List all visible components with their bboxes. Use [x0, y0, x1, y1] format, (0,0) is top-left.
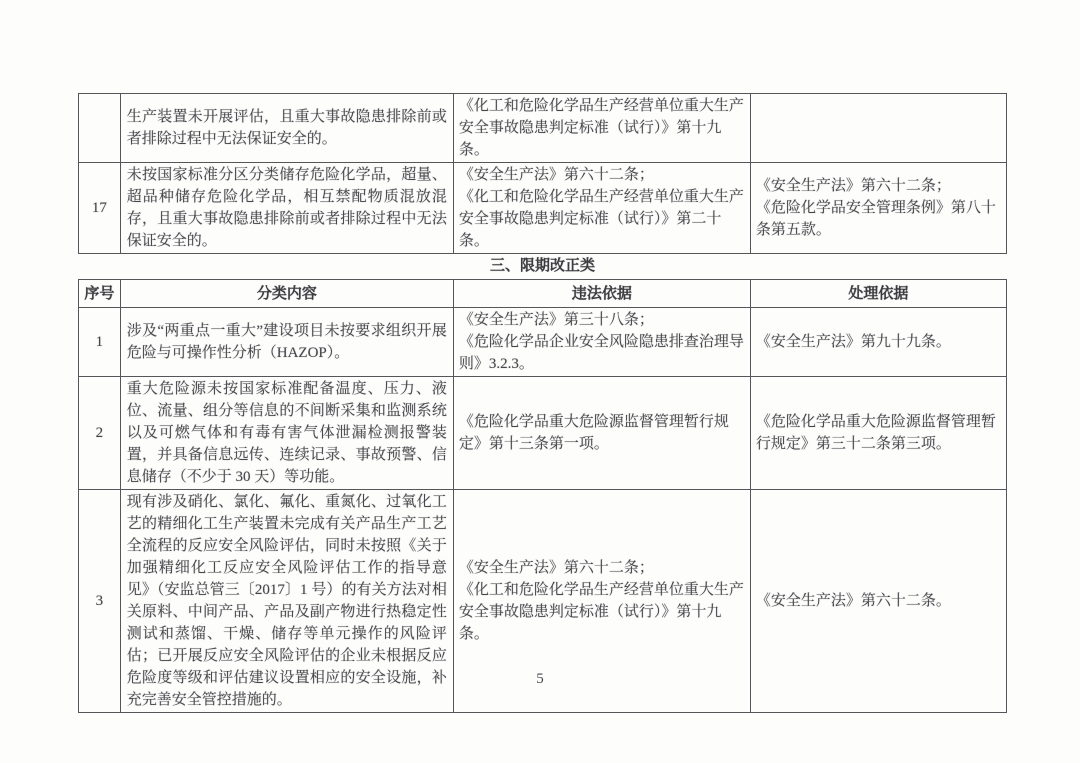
handling-basis-cell: 《安全生产法》第九十九条。 [750, 308, 1006, 377]
handling-basis-cell: 《安全生产法》第六十二条； 《危险化学品安全管理条例》第八十条第五款。 [750, 163, 1006, 254]
document-body: 生产装置未开展评估，且重大事故隐患排除前或者排除过程中无法保证安全的。 《化工和… [78, 93, 1007, 713]
continuation-table: 生产装置未开展评估，且重大事故隐患排除前或者排除过程中无法保证安全的。 《化工和… [78, 93, 1007, 254]
page-number: 5 [0, 671, 1080, 688]
table-row: 生产装置未开展评估，且重大事故隐患排除前或者排除过程中无法保证安全的。 《化工和… [79, 94, 1007, 163]
main-table: 序号 分类内容 违法依据 处理依据 1 涉及“两重点一重大”建设项目未按要求组织… [78, 279, 1007, 713]
content-cell: 重大危险源未按国家标准配备温度、压力、液位、流量、组分等信息的不间断采集和监测系… [120, 377, 453, 490]
seq-cell [79, 94, 121, 163]
content-cell: 生产装置未开展评估，且重大事故隐患排除前或者排除过程中无法保证安全的。 [120, 94, 453, 163]
legal-basis-cell: 《安全生产法》第六十二条； 《化工和危险化学品生产经营单位重大生产安全事故隐患判… [453, 163, 750, 254]
legal-basis-cell: 《化工和危险化学品生产经营单位重大生产安全事故隐患判定标准（试行）》第十九条。 [453, 94, 750, 163]
content-cell: 未按国家标准分区分类储存危险化学品，超量、超品种储存危险化学品，相互禁配物质混放… [120, 163, 453, 254]
header-content: 分类内容 [120, 280, 453, 308]
content-cell: 涉及“两重点一重大”建设项目未按要求组织开展危险与可操作性分析（HAZOP）。 [120, 308, 453, 377]
header-seq: 序号 [79, 280, 121, 308]
table-row: 1 涉及“两重点一重大”建设项目未按要求组织开展危险与可操作性分析（HAZOP）… [79, 308, 1007, 377]
table-row: 17 未按国家标准分区分类储存危险化学品，超量、超品种储存危险化学品，相互禁配物… [79, 163, 1007, 254]
header-handling-basis: 处理依据 [750, 280, 1006, 308]
seq-cell: 2 [79, 377, 121, 490]
table-header-row: 序号 分类内容 违法依据 处理依据 [79, 280, 1007, 308]
handling-basis-cell: 《危险化学品重大危险源监督管理暂行规定》第三十二条第三项。 [750, 377, 1006, 490]
section-title: 三、限期改正类 [78, 254, 1007, 279]
seq-cell: 17 [79, 163, 121, 254]
document-page: 生产装置未开展评估，且重大事故隐患排除前或者排除过程中无法保证安全的。 《化工和… [0, 0, 1080, 763]
handling-basis-cell [750, 94, 1006, 163]
table-row: 2 重大危险源未按国家标准配备温度、压力、液位、流量、组分等信息的不间断采集和监… [79, 377, 1007, 490]
legal-basis-cell: 《安全生产法》第三十八条； 《危险化学品企业安全风险隐患排查治理导则》3.2.3… [453, 308, 750, 377]
header-legal-basis: 违法依据 [453, 280, 750, 308]
legal-basis-cell: 《危险化学品重大危险源监督管理暂行规定》第十三条第一项。 [453, 377, 750, 490]
seq-cell: 1 [79, 308, 121, 377]
